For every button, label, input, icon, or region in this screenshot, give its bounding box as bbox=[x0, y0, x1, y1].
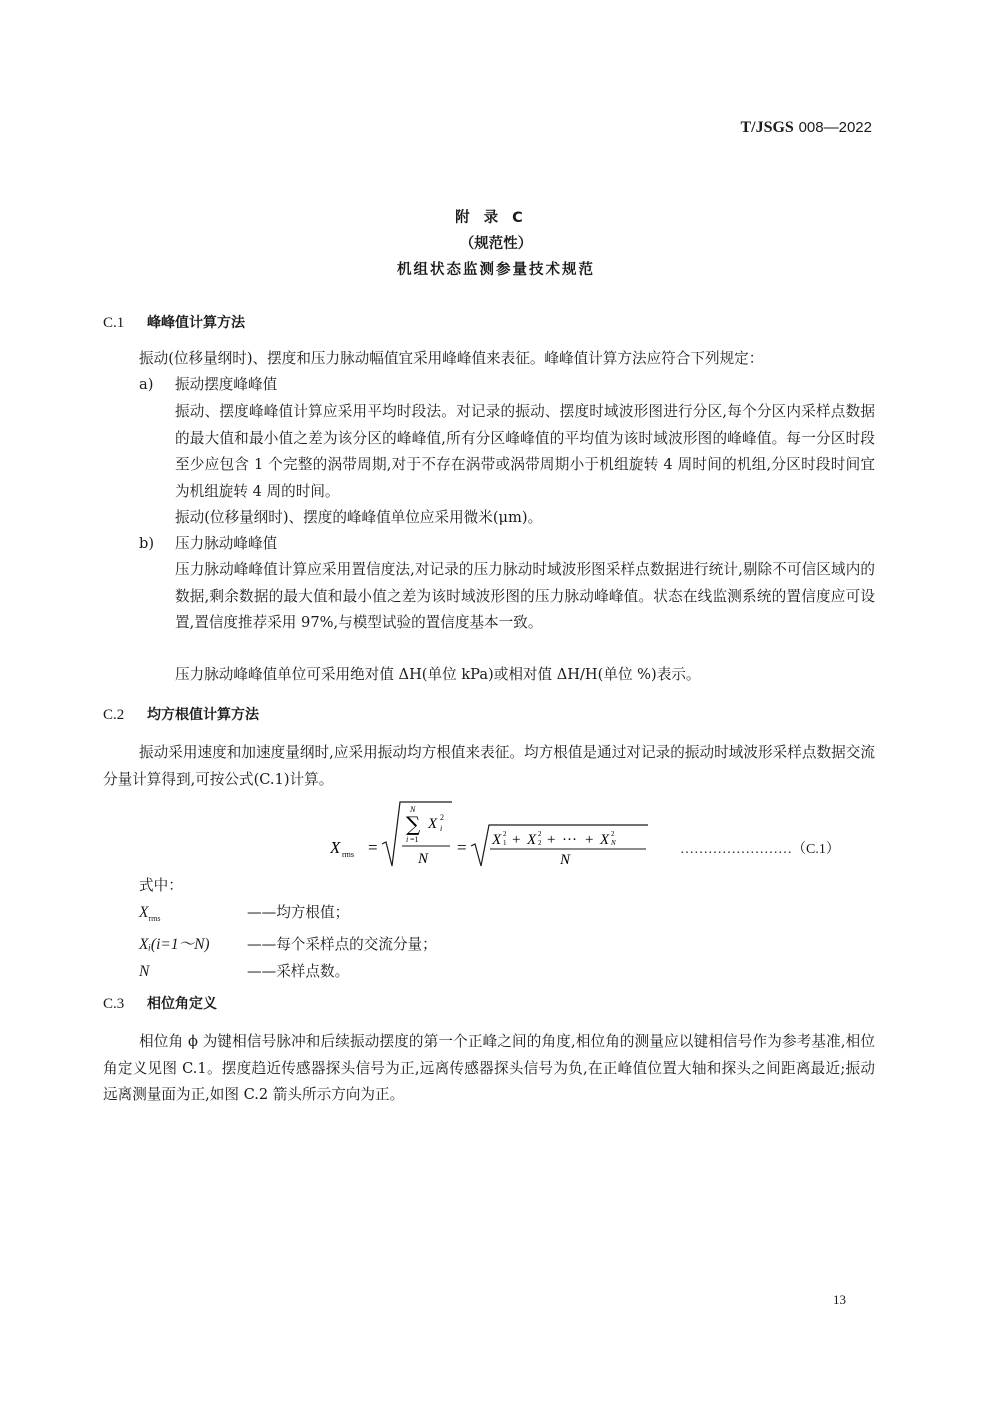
svg-text:2: 2 bbox=[538, 839, 542, 847]
svg-text:N: N bbox=[559, 852, 571, 868]
formula-c1: X rms = N ∑ i =1 X 2 i N = X 2 1 + X 2 2… bbox=[330, 800, 880, 870]
c3-body: 相位角 ϕ 为键相信号脉冲和后续振动摆度的第一个正峰之间的角度,相位角的测量应以… bbox=[103, 1029, 875, 1109]
svg-text:X: X bbox=[427, 816, 438, 832]
formula-definitions: 式中： Xrms ——均方根值； Xᵢ(i=1～N) ——每个采样点的交流分量；… bbox=[139, 873, 437, 985]
section-number: C.3 bbox=[103, 996, 147, 1013]
list-item-b-body: 压力脉动峰峰值计算应采用置信度法,对记录的压力脉动时域波形图采样点数据进行统计,… bbox=[175, 557, 875, 637]
svg-text:=: = bbox=[457, 838, 467, 857]
svg-text:+: + bbox=[585, 832, 593, 848]
svg-text:2: 2 bbox=[503, 830, 507, 838]
definition-row: N ——采样点数。 bbox=[139, 959, 437, 986]
section-heading-c2: C.2均方根值计算方法 bbox=[103, 704, 259, 724]
list-title: 振动摆度峰峰值 bbox=[175, 376, 277, 393]
svg-text:2: 2 bbox=[538, 830, 542, 838]
svg-text:2: 2 bbox=[611, 830, 615, 838]
list-item-a-title: a)振动摆度峰峰值 bbox=[139, 372, 875, 399]
appendix-label: 附录C bbox=[0, 205, 992, 231]
svg-text:N: N bbox=[417, 851, 429, 867]
doc-code-number: 008—2022 bbox=[799, 119, 872, 136]
section-title: 均方根值计算方法 bbox=[147, 707, 259, 723]
svg-text:2: 2 bbox=[440, 813, 444, 822]
definition-row: Xᵢ(i=1～N) ——每个采样点的交流分量； bbox=[139, 932, 437, 959]
list-item-b-unit: 压力脉动峰峰值单位可采用绝对值 ΔH(单位 kPa)或相对值 ΔH/H(单位 %… bbox=[175, 662, 875, 689]
svg-text:···: ··· bbox=[562, 832, 577, 848]
definition-desc: ——采样点数。 bbox=[247, 959, 349, 986]
definition-symbol: Xᵢ(i=1～N) bbox=[139, 932, 247, 959]
svg-text:i: i bbox=[440, 824, 442, 833]
formula-label: ……………………（C.1） bbox=[680, 838, 840, 858]
c1-intro: 振动(位移量纲时)、摆度和压力脉动幅值宜采用峰峰值来表征。峰峰值计算方法应符合下… bbox=[139, 346, 875, 373]
svg-text:X: X bbox=[526, 832, 537, 848]
svg-text:i: i bbox=[406, 835, 408, 844]
definition-symbol: N bbox=[139, 959, 247, 986]
definition-row: Xrms ——均方根值； bbox=[139, 900, 437, 933]
section-number: C.1 bbox=[103, 315, 147, 332]
svg-text:=: = bbox=[368, 838, 378, 857]
svg-text:=1: =1 bbox=[410, 835, 419, 844]
svg-text:∑: ∑ bbox=[406, 812, 421, 836]
c2-body: 振动采用速度和加速度量纲时,应采用振动均方根值来表征。均方根值是通过对记录的振动… bbox=[103, 740, 875, 793]
list-label: b) bbox=[139, 531, 175, 558]
doc-code-prefix: T/JSGS bbox=[740, 119, 793, 136]
section-number: C.2 bbox=[103, 707, 147, 724]
svg-text:X: X bbox=[599, 832, 610, 848]
svg-text:X: X bbox=[491, 832, 502, 848]
svg-text:rms: rms bbox=[342, 850, 354, 859]
svg-text:N: N bbox=[610, 839, 616, 847]
list-label: a) bbox=[139, 372, 175, 399]
page-number: 13 bbox=[833, 1292, 846, 1308]
definition-desc: ——每个采样点的交流分量； bbox=[247, 932, 437, 959]
list-title: 压力脉动峰峰值 bbox=[175, 535, 277, 552]
definition-desc: ——均方根值； bbox=[247, 900, 349, 933]
list-item-b-title: b)压力脉动峰峰值 bbox=[139, 531, 875, 558]
list-item-a-body: 振动、摆度峰峰值计算应采用平均时段法。对记录的振动、摆度时域波形图进行分区,每个… bbox=[175, 399, 875, 505]
document-code: T/JSGS 008—2022 bbox=[740, 118, 872, 137]
list-item-a-unit: 振动(位移量纲时)、摆度的峰峰值单位应采用微米(μm)。 bbox=[175, 505, 875, 532]
appendix-title: 附录C （规范性） 机组状态监测参量技术规范 bbox=[0, 205, 992, 283]
svg-text:+: + bbox=[512, 832, 520, 848]
section-title: 相位角定义 bbox=[147, 996, 217, 1012]
svg-text:1: 1 bbox=[503, 839, 507, 847]
appendix-type: （规范性） bbox=[0, 231, 992, 257]
rms-formula-graphic: X rms = N ∑ i =1 X 2 i N = X 2 1 + X 2 2… bbox=[330, 800, 880, 872]
section-title: 峰峰值计算方法 bbox=[147, 315, 245, 331]
svg-text:+: + bbox=[547, 832, 555, 848]
section-heading-c1: C.1峰峰值计算方法 bbox=[103, 312, 245, 332]
svg-text:X: X bbox=[330, 838, 341, 857]
appendix-name: 机组状态监测参量技术规范 bbox=[0, 257, 992, 283]
definition-symbol: Xrms bbox=[139, 900, 247, 933]
where-label: 式中： bbox=[139, 873, 437, 900]
section-heading-c3: C.3相位角定义 bbox=[103, 993, 217, 1013]
